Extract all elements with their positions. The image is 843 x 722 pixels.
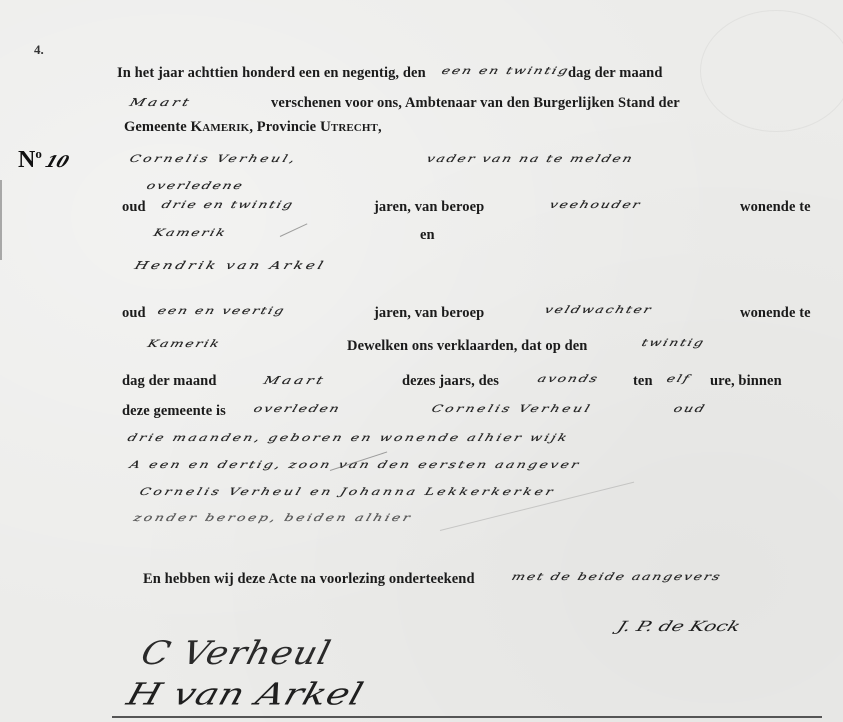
handwritten-deceased-name: Cornelis Verheul [430,403,594,415]
printed-dewelken: Dewelken ons verklaarden, dat op den [347,338,587,355]
handwritten-declarant1-occupation: veehouder [548,199,643,211]
printed-jaren-beroep-1: jaren, van beroep [374,199,484,216]
handwritten-body-line-4: Cornelis Verheul en Johanna Lekkerkerker [138,486,557,498]
printed-wonende-te-1: wonende te [740,199,811,216]
handwritten-relation-cont: overledene [145,180,245,192]
printed-deze-gemeente: deze gemeente is [122,403,226,420]
handwritten-body-line-2: drie maanden, geboren en wonende alhier … [126,432,571,444]
printed-en: en [420,227,435,244]
handwritten-time-of-day: avonds [536,373,600,385]
printed-verschenen-line: verschenen voor ons, Ambtenaar van den B… [271,95,680,112]
handwritten-declarant2-occupation: veldwachter [543,304,654,316]
printed-jaren-beroep-2: jaren, van beroep [374,305,484,322]
register-page: 4. In het jaar achttien honderd een en n… [0,0,843,722]
printed-dag-der-maand: dag der maand [568,65,663,82]
signature-c-verheul: C Verheul [137,635,335,672]
printed-dag-der-maand-2: dag der maand [122,373,217,390]
handwritten-body-line-5: zonder beroep, beiden alhier [132,512,414,524]
printed-intro-line: In het jaar achttien honderd een en nege… [117,65,426,82]
handwritten-overleden: overleden [252,403,342,415]
printed-dezes-jaars: dezes jaars, des [402,373,499,390]
printed-ure-binnen: ure, binnen [710,373,782,390]
handwritten-death-month: Maart [262,374,328,387]
act-number-label: No [18,146,42,174]
printed-closing: En hebben wij deze Acte na voorlezing on… [143,571,475,588]
province-name: Utrecht [320,119,378,135]
seal-ghost-mark [700,10,843,132]
handwritten-declarant2-age: een en veertig [156,305,287,317]
handwritten-declarant1-relation: vader van na te melden [425,153,635,165]
pen-stroke [280,223,308,237]
page-number: 4. [34,42,44,58]
printed-oud-1: oud [122,199,146,216]
handwritten-day: een en twintig [440,65,571,77]
printed-wonende-te-2: wonende te [740,305,811,322]
printed-gemeente-line: Gemeente Kamerik, Provincie Utrecht, [124,119,382,136]
handwritten-month: Maart [128,96,194,109]
handwritten-declarant1-name: Cornelis Verheul, [128,153,299,165]
handwritten-declarant1-residence: Kamerik [152,227,228,239]
handwritten-oud: oud [672,403,708,415]
printed-ten: ten [633,373,653,390]
page-edge-mark [0,180,2,260]
bottom-rule [112,716,822,718]
act-number-value: 10 [43,152,72,171]
handwritten-declarant2-residence: Kamerik [146,338,222,350]
signature-h-van-arkel: H van Arkel [123,676,368,711]
handwritten-declarant2-name: Hendrik van Arkel [133,259,328,272]
registrar-signature: J. P. de Kock [615,618,743,635]
municipality-name: Kamerik [191,119,250,135]
handwritten-hour: elf [665,373,692,385]
handwritten-closing-addition: met de beide aangevers [510,571,723,583]
printed-oud-2: oud [122,305,146,322]
handwritten-death-day: twintig [640,337,707,349]
handwritten-declarant1-age: drie en twintig [160,199,296,211]
